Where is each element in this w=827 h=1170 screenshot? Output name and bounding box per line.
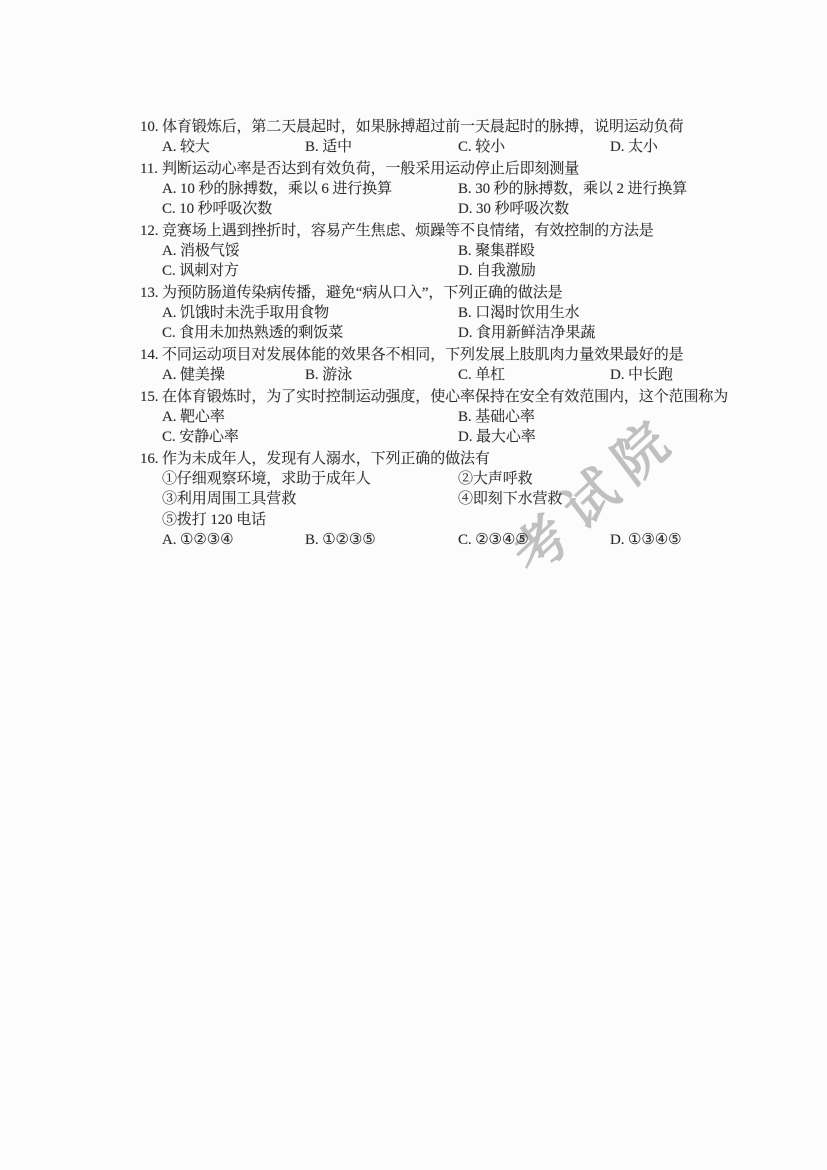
option-a: A. 较大 (162, 137, 210, 157)
question-number: 12. (140, 221, 162, 241)
question-15: 15. 在体育锻炼时，为了实时控制运动强度，使心率保持在安全有效范围内，这个范围… (140, 387, 712, 448)
question-12: 12. 竞赛场上遇到挫折时，容易产生焦虑、烦躁等不良情绪，有效控制的方法是 A.… (140, 221, 712, 282)
option-c: C. ②③④⑤ (458, 530, 529, 550)
options-row: A. 较大 B. 适中 C. 较小 D. 太小 (140, 137, 712, 157)
question-number: 14. (140, 345, 162, 365)
question-stem: 作为未成年人，发现有人溺水，下列正确的做法有 (162, 449, 490, 469)
question-stem-row: 12. 竞赛场上遇到挫折时，容易产生焦虑、烦躁等不良情绪，有效控制的方法是 (140, 221, 712, 241)
option-a: A. ①②③④ (162, 530, 233, 550)
option-d: D. 最大心率 (458, 427, 536, 447)
question-stem-row: 16. 作为未成年人，发现有人溺水，下列正确的做法有 (140, 449, 712, 469)
question-number: 16. (140, 449, 162, 469)
option-d: D. 30 秒呼吸次数 (458, 199, 569, 219)
option-b: B. 30 秒的脉搏数，乘以 2 进行换算 (458, 179, 687, 199)
question-14: 14. 不同运动项目对发展体能的效果各不相同，下列发展上肢肌肉力量效果最好的是 … (140, 345, 712, 385)
option-b: B. 游泳 (305, 365, 352, 385)
statement-row: ①仔细观察环境，求助于成年人 ②大声呼救 (140, 469, 712, 489)
statement-row: ③利用周围工具营救 ④即刻下水营救 (140, 489, 712, 509)
question-stem-row: 10. 体育锻炼后，第二天晨起时，如果脉搏超过前一天晨起时的脉搏，说明运动负荷 (140, 117, 712, 137)
options-row: A. 消极气馁 B. 聚集群殴 (140, 241, 712, 261)
question-stem: 判断运动心率是否达到有效负荷，一般采用运动停止后即刻测量 (162, 159, 579, 179)
statement-4: ④即刻下水营救 (458, 489, 562, 509)
question-13: 13. 为预防肠道传染病传播，避免“病从口入”，下列正确的做法是 A. 饥饿时未… (140, 283, 712, 344)
option-a: A. 10 秒的脉搏数，乘以 6 进行换算 (162, 179, 392, 199)
option-b: B. ①②③⑤ (305, 530, 376, 550)
options-row: C. 讽刺对方 D. 自我激励 (140, 261, 712, 281)
option-c: C. 较小 (458, 137, 505, 157)
option-b: B. 口渴时饮用生水 (458, 303, 580, 323)
option-c: C. 安静心率 (162, 427, 239, 447)
question-16: 16. 作为未成年人，发现有人溺水，下列正确的做法有 ①仔细观察环境，求助于成年… (140, 449, 712, 550)
question-stem: 体育锻炼后，第二天晨起时，如果脉搏超过前一天晨起时的脉搏，说明运动负荷 (162, 117, 684, 137)
question-stem: 竞赛场上遇到挫折时，容易产生焦虑、烦躁等不良情绪，有效控制的方法是 (162, 221, 654, 241)
option-a: A. 靶心率 (162, 407, 225, 427)
options-row: C. 10 秒呼吸次数 D. 30 秒呼吸次数 (140, 199, 712, 219)
question-number: 15. (140, 387, 162, 407)
question-stem-row: 11. 判断运动心率是否达到有效负荷，一般采用运动停止后即刻测量 (140, 159, 712, 179)
options-row: C. 安静心率 D. 最大心率 (140, 427, 712, 447)
question-stem-row: 15. 在体育锻炼时，为了实时控制运动强度，使心率保持在安全有效范围内，这个范围… (140, 387, 712, 407)
option-a: A. 消极气馁 (162, 241, 240, 261)
option-b: B. 聚集群殴 (458, 241, 535, 261)
question-number: 13. (140, 283, 162, 303)
option-a: A. 饥饿时未洗手取用食物 (162, 303, 329, 323)
statement-5: ⑤拨打 120 电话 (162, 510, 266, 530)
option-d: D. 太小 (610, 137, 658, 157)
statement-1: ①仔细观察环境，求助于成年人 (162, 469, 371, 489)
option-c: C. 讽刺对方 (162, 261, 239, 281)
option-c: C. 单杠 (458, 365, 505, 385)
option-d: D. 自我激励 (458, 261, 536, 281)
statement-2: ②大声呼救 (458, 469, 533, 489)
options-row: A. ①②③④ B. ①②③⑤ C. ②③④⑤ D. ①③④⑤ (140, 530, 712, 550)
question-10: 10. 体育锻炼后，第二天晨起时，如果脉搏超过前一天晨起时的脉搏，说明运动负荷 … (140, 117, 712, 157)
question-number: 11. (140, 159, 162, 179)
option-b: B. 适中 (305, 137, 352, 157)
option-d: D. 中长跑 (610, 365, 673, 385)
options-row: C. 食用未加热熟透的剩饭菜 D. 食用新鲜洁净果蔬 (140, 323, 712, 343)
option-b: B. 基础心率 (458, 407, 535, 427)
statement-3: ③利用周围工具营救 (162, 489, 296, 509)
question-stem-row: 13. 为预防肠道传染病传播，避免“病从口入”，下列正确的做法是 (140, 283, 712, 303)
question-11: 11. 判断运动心率是否达到有效负荷，一般采用运动停止后即刻测量 A. 10 秒… (140, 159, 712, 220)
options-row: A. 靶心率 B. 基础心率 (140, 407, 712, 427)
option-d: D. ①③④⑤ (610, 530, 681, 550)
options-row: A. 健美操 B. 游泳 C. 单杠 D. 中长跑 (140, 365, 712, 385)
statement-row: ⑤拨打 120 电话 (140, 510, 712, 530)
question-stem-row: 14. 不同运动项目对发展体能的效果各不相同，下列发展上肢肌肉力量效果最好的是 (140, 345, 712, 365)
question-number: 10. (140, 117, 162, 137)
options-row: A. 10 秒的脉搏数，乘以 6 进行换算 B. 30 秒的脉搏数，乘以 2 进… (140, 179, 712, 199)
scanned-exam-page: 考试院 10. 体育锻炼后，第二天晨起时，如果脉搏超过前一天晨起时的脉搏，说明运… (0, 0, 827, 1170)
question-stem: 不同运动项目对发展体能的效果各不相同，下列发展上肢肌肉力量效果最好的是 (162, 345, 684, 365)
exam-questions-block: 10. 体育锻炼后，第二天晨起时，如果脉搏超过前一天晨起时的脉搏，说明运动负荷 … (140, 117, 712, 551)
options-row: A. 饥饿时未洗手取用食物 B. 口渴时饮用生水 (140, 303, 712, 323)
option-c: C. 食用未加热熟透的剩饭菜 (162, 323, 343, 343)
question-stem: 为预防肠道传染病传播，避免“病从口入”，下列正确的做法是 (162, 283, 563, 303)
option-c: C. 10 秒呼吸次数 (162, 199, 272, 219)
question-stem: 在体育锻炼时，为了实时控制运动强度，使心率保持在安全有效范围内，这个范围称为 (162, 387, 728, 407)
option-a: A. 健美操 (162, 365, 225, 385)
option-d: D. 食用新鲜洁净果蔬 (458, 323, 595, 343)
